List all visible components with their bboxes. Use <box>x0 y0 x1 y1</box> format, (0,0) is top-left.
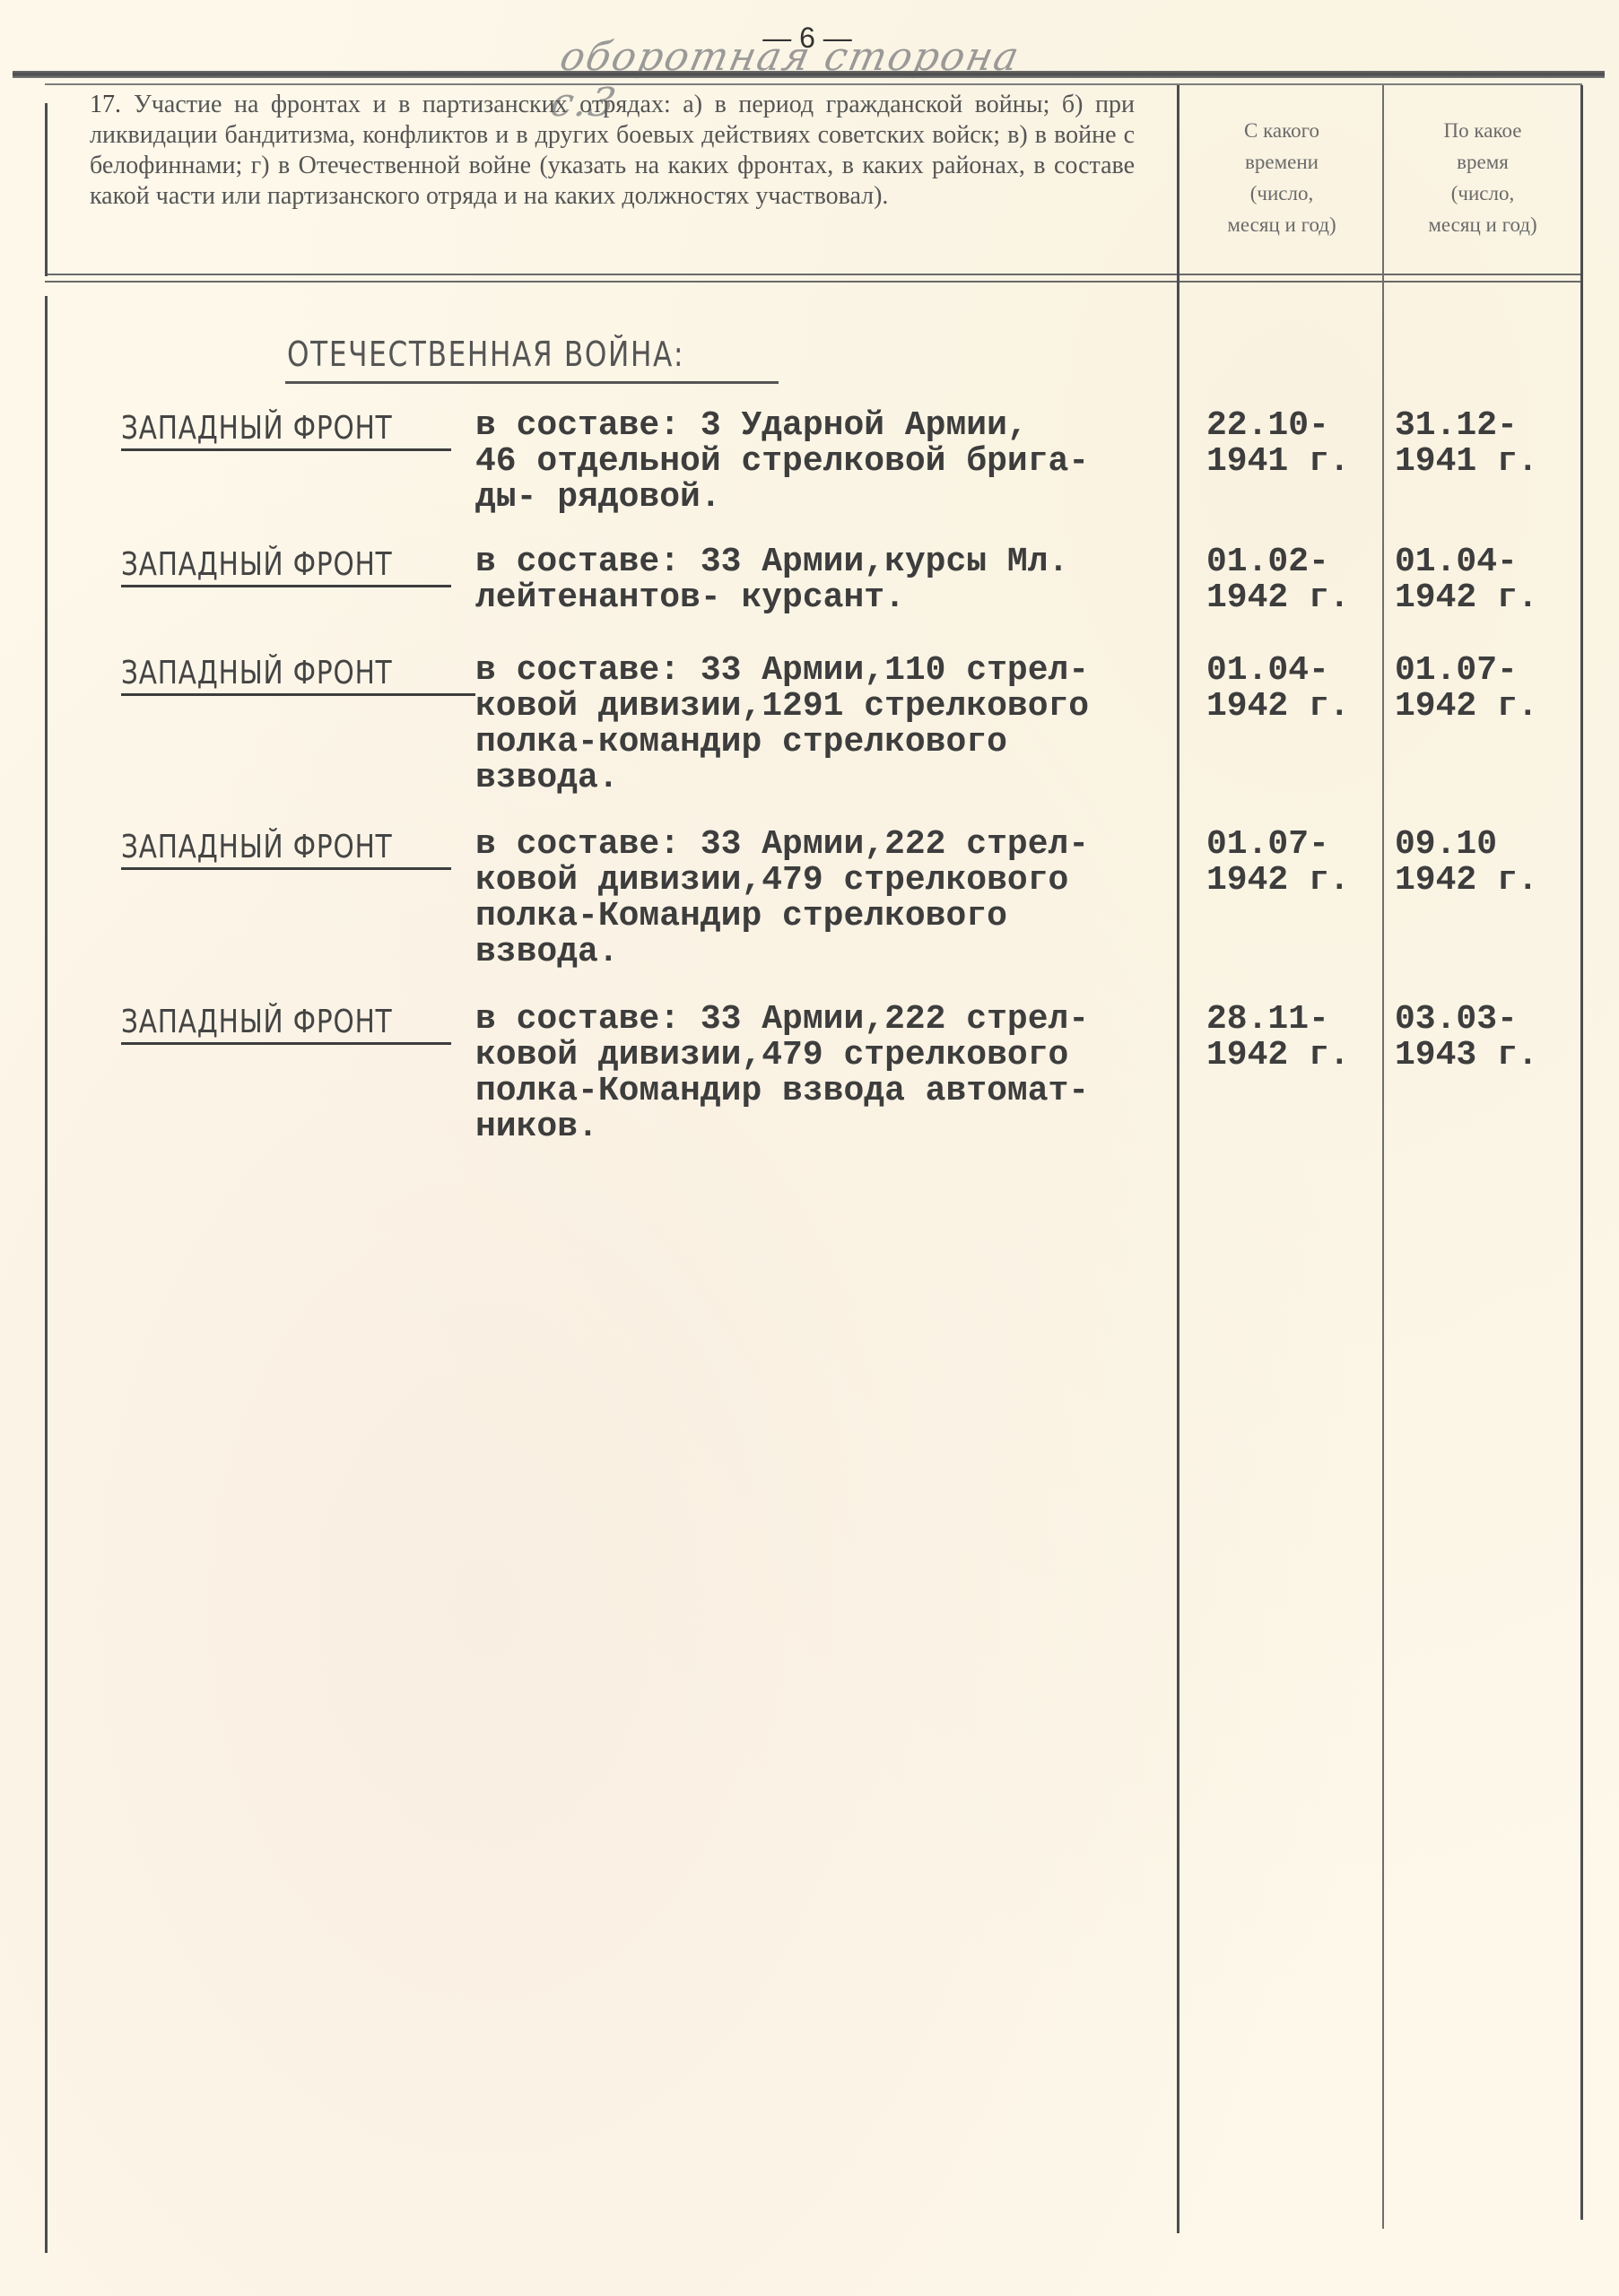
question-17: 17.Участие на фронтах и в партизанских о… <box>90 90 1135 212</box>
front-name: ЗАПАДНЫЙ ФРОНТ <box>121 410 392 447</box>
header-bottom-rule-2 <box>45 281 1582 283</box>
date-from: 01.04- 1942 г. <box>1206 653 1350 725</box>
date-from: 01.02- 1942 г. <box>1206 544 1350 616</box>
question-number: 17. <box>90 91 121 118</box>
date-from: 28.11- 1942 г. <box>1206 1002 1350 1074</box>
right-border <box>1580 85 1583 2220</box>
left-border <box>45 296 48 2253</box>
front-name: ЗАПАДНЫЙ ФРОНТ <box>121 1004 392 1040</box>
service-description: в составе: 33 Армии,222 стрел- ковой див… <box>475 827 1089 970</box>
date-to: 31.12- 1941 г. <box>1395 408 1538 480</box>
section-heading: ОТЕЧЕСТВЕННАЯ ВОЙНА: <box>287 335 684 374</box>
column-divider-to <box>1382 85 1384 2229</box>
question-text: Участие на фронтах и в партизанских отря… <box>90 91 1135 210</box>
front-name: ЗАПАДНЫЙ ФРОНТ <box>121 655 392 691</box>
front-name-underline <box>121 693 475 696</box>
left-border-header <box>45 103 48 276</box>
service-description: в составе: 33 Армии,курсы Мл. лейтенанто… <box>475 544 1068 616</box>
front-name-underline <box>121 448 451 451</box>
date-to: 03.03- 1943 г. <box>1395 1002 1538 1074</box>
column-header-to: По какое время (число, месяц и год) <box>1387 115 1579 240</box>
section-heading-underline <box>285 381 779 384</box>
date-to: 01.07- 1942 г. <box>1395 653 1538 725</box>
top-rule <box>13 71 1605 78</box>
front-name-underline <box>121 585 451 587</box>
header-bottom-rule <box>45 274 1582 275</box>
front-name: ЗАПАДНЫЙ ФРОНТ <box>121 829 392 865</box>
front-name: ЗАПАДНЫЙ ФРОНТ <box>121 546 392 583</box>
front-name-underline <box>121 1042 451 1045</box>
column-divider-from <box>1177 85 1179 2233</box>
front-name-underline <box>121 867 451 870</box>
date-from: 22.10- 1941 г. <box>1206 408 1350 480</box>
service-description: в составе: 33 Армии,110 стрел- ковой див… <box>475 653 1089 796</box>
date-from: 01.07- 1942 г. <box>1206 827 1350 899</box>
date-to: 01.04- 1942 г. <box>1395 544 1538 616</box>
column-header-from: С какого времени (число, месяц и год) <box>1182 115 1381 240</box>
date-to: 09.10 1942 г. <box>1395 827 1538 899</box>
service-description: в составе: 33 Армии,222 стрел- ковой див… <box>475 1002 1089 1145</box>
service-description: в составе: 3 Ударной Армии, 46 отдельной… <box>475 408 1089 516</box>
top-rule-thin <box>45 83 1582 85</box>
